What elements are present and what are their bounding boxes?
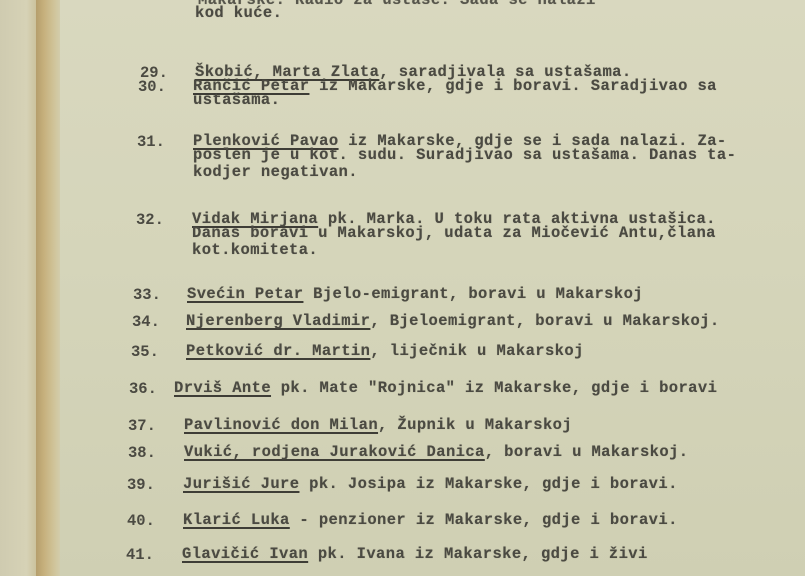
entry-text: - penzioner iz Makarske, gdje i boravi. [290,511,678,529]
entry-text: , Župnik u Makarskoj [378,416,572,434]
entry-text: , boravi u Makarskoj. [485,443,689,461]
entry-name: Glavičić Ivan [182,545,308,563]
entry-name: Vukić, rodjena Juraković Danica [184,443,485,461]
entry-number: 35. [131,343,159,361]
entry-number: 31. [137,133,165,151]
entry-number: 40. [127,512,155,530]
entry-number: 30. [138,78,166,96]
entry-number: 38. [128,444,156,462]
entry-text: pk. Josipa iz Makarske, gdje i boravi. [299,475,677,493]
entry-line: Njerenberg Vladimir, Bjeloemigrant, bora… [186,313,720,330]
entry-text: Bjelo-emigrant, boravi u Makarskoj [303,285,643,303]
entry-continuation: Danas boravi u Makarskoj, udata za Mioče… [192,225,716,242]
entry-number: 34. [132,313,160,331]
entry-name: Njerenberg Vladimir [186,312,370,330]
entry-line: Drviš Ante pk. Mate "Rojnica" iz Makarsk… [174,380,717,397]
entry-continuation: kot.komiteta. [192,242,318,259]
entry-text: iz Makarske, gdje i boravi. Saradjivao s… [309,77,716,95]
entry-number: 33. [133,286,161,304]
entry-line: Petković dr. Martin, liječnik u Makarsko… [186,343,584,360]
entry-line: Vukić, rodjena Juraković Danica, boravi … [184,444,688,461]
entry-number: 36. [129,380,157,398]
entry-name: Jurišić Jure [183,475,299,493]
entry-text: , Bjeloemigrant, boravi u Makarskoj. [370,312,719,330]
entry-number: 37. [128,417,156,435]
entry-line: Svećin Petar Bjelo-emigrant, boravi u Ma… [187,286,643,303]
entry-continuation: poslen je u kot. sudu. Suradjivao sa ust… [193,147,736,164]
entry-number: 39. [127,476,155,494]
facing-page-edge [0,0,38,576]
entry-text: pk. Mate "Rojnica" iz Makarske, gdje i b… [271,379,717,397]
entry-text: pk. Ivana iz Makarske, gdje i živi [308,545,648,563]
entry-continuation: ustašama. [193,92,280,109]
entry-line: Pavlinović don Milan, Župnik u Makarskoj [184,417,572,434]
entry-text: , liječnik u Makarskoj [370,342,583,360]
entry-line: Jurišić Jure pk. Josipa iz Makarske, gdj… [183,476,678,493]
entry-name: Svećin Petar [187,285,303,303]
entry-number: 32. [136,211,164,229]
entry-name: Drviš Ante [174,379,271,397]
book-spine [36,0,62,576]
entry-line: Klarić Luka - penzioner iz Makarske, gdj… [183,512,678,529]
top-continuation-line-2: kod kuće. [195,5,282,22]
entry-name: Klarić Luka [183,511,290,529]
entry-continuation: kodjer negativan. [193,164,358,181]
entry-number: 41. [126,546,154,564]
entry-line: Glavičić Ivan pk. Ivana iz Makarske, gdj… [182,546,648,563]
entry-name: Pavlinović don Milan [184,416,378,434]
entry-name: Petković dr. Martin [186,342,370,360]
